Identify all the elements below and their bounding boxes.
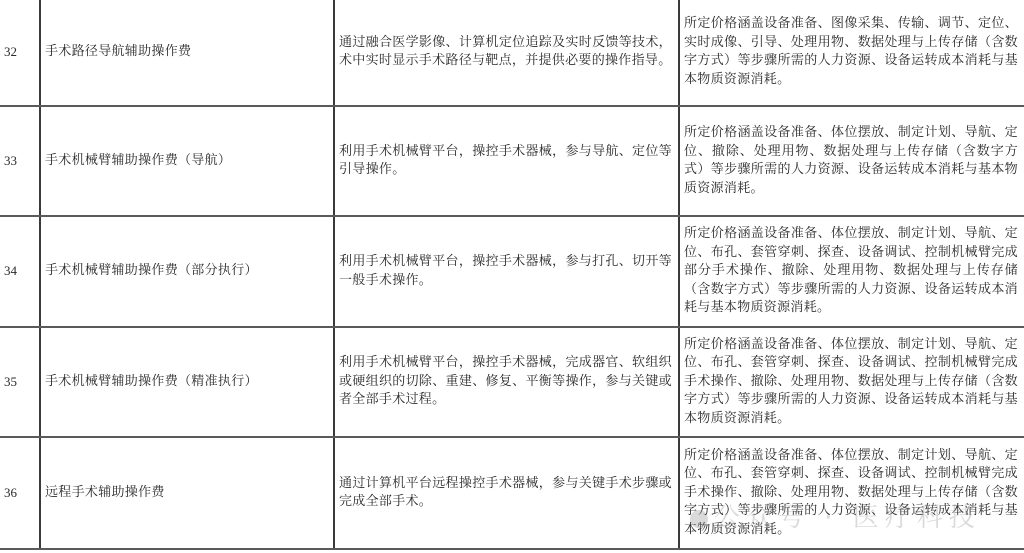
- item-name: 手术机械臂辅助操作费（导航）: [40, 106, 334, 216]
- table-row: 36 远程手术辅助操作费 通过计算机平台远程操控手术器械，参与关键手术步骤或完成…: [0, 437, 1024, 549]
- item-description: 通过融合医学影像、计算机定位追踪及实时反馈等技术，术中实时显示手术路径与靶点，并…: [334, 0, 679, 106]
- item-description: 利用手术机械臂平台，操控手术器械，参与打孔、切开等一般手术操作。: [334, 216, 679, 327]
- item-price-scope: 所定价格涵盖设备准备、体位摆放、制定计划、导航、定位、布孔、套管穿刺、探查、设备…: [679, 327, 1024, 437]
- item-name: 远程手术辅助操作费: [40, 437, 334, 549]
- item-price-scope: 所定价格涵盖设备准备、体位摆放、制定计划、导航、定位、撤除、处理用物、数据处理与…: [679, 106, 1024, 216]
- item-price-scope-text: 所定价格涵盖设备准备、体位摆放、制定计划、导航、定位、布孔、套管穿刺、探查、设备…: [684, 225, 1018, 318]
- item-name-text: 远程手术辅助操作费: [45, 484, 333, 503]
- item-price-scope: 所定价格涵盖设备准备、图像采集、传输、调节、定位、实时成像、引导、处理用物、数据…: [679, 0, 1024, 106]
- item-number: 36: [0, 437, 40, 549]
- item-name-text: 手术机械臂辅助操作费（精准执行）: [45, 373, 333, 392]
- item-price-scope: 所定价格涵盖设备准备、体位摆放、制定计划、导航、定位、布孔、套管穿刺、探查、设备…: [679, 437, 1024, 549]
- item-price-scope-text: 所定价格涵盖设备准备、体位摆放、制定计划、导航、定位、布孔、套管穿刺、探查、设备…: [684, 336, 1018, 429]
- item-number: 35: [0, 327, 40, 437]
- table-row: 35 手术机械臂辅助操作费（精准执行） 利用手术机械臂平台，操控手术器械，完成器…: [0, 327, 1024, 437]
- item-number: 33: [0, 106, 40, 216]
- item-name: 手术机械臂辅助操作费（精准执行）: [40, 327, 334, 437]
- item-description-text: 通过融合医学影像、计算机定位追踪及实时反馈等技术，术中实时显示手术路径与靶点，并…: [339, 34, 672, 71]
- item-description: 通过计算机平台远程操控手术器械，参与关键手术步骤或完成全部手术。: [334, 437, 679, 549]
- item-description: 利用手术机械臂平台，操控手术器械，完成器官、软组织或硬组织的切除、重建、修复、平…: [334, 327, 679, 437]
- item-name: 手术路径导航辅助操作费: [40, 0, 334, 106]
- table-row: 33 手术机械臂辅助操作费（导航） 利用手术机械臂平台，操控手术器械，参与导航、…: [0, 106, 1024, 216]
- item-number: 34: [0, 216, 40, 327]
- item-description-text: 利用手术机械臂平台，操控手术器械，完成器官、软组织或硬组织的切除、重建、修复、平…: [339, 354, 672, 410]
- item-name-text: 手术机械臂辅助操作费（部分执行）: [45, 262, 333, 281]
- table-row: 34 手术机械臂辅助操作费（部分执行） 利用手术机械臂平台，操控手术器械，参与打…: [0, 216, 1024, 327]
- item-price-scope: 所定价格涵盖设备准备、体位摆放、制定计划、导航、定位、布孔、套管穿刺、探查、设备…: [679, 216, 1024, 327]
- item-name-text: 手术路径导航辅助操作费: [45, 43, 333, 62]
- item-description: 利用手术机械臂平台，操控手术器械，参与导航、定位等引导操作。: [334, 106, 679, 216]
- item-name: 手术机械臂辅助操作费（部分执行）: [40, 216, 334, 327]
- item-price-scope-text: 所定价格涵盖设备准备、体位摆放、制定计划、导航、定位、布孔、套管穿刺、探查、设备…: [684, 447, 1018, 540]
- item-description-text: 通过计算机平台远程操控手术器械，参与关键手术步骤或完成全部手术。: [339, 475, 672, 512]
- table-row: 32 手术路径导航辅助操作费 通过融合医学影像、计算机定位追踪及实时反馈等技术，…: [0, 0, 1024, 106]
- document-page: 32 手术路径导航辅助操作费 通过融合医学影像、计算机定位追踪及实时反馈等技术，…: [0, 0, 1024, 550]
- item-number: 32: [0, 0, 40, 106]
- item-description-text: 利用手术机械臂平台，操控手术器械，参与导航、定位等引导操作。: [339, 143, 672, 180]
- item-description-text: 利用手术机械臂平台，操控手术器械，参与打孔、切开等一般手术操作。: [339, 253, 672, 290]
- item-price-scope-text: 所定价格涵盖设备准备、图像采集、传输、调节、定位、实时成像、引导、处理用物、数据…: [684, 15, 1018, 89]
- item-price-scope-text: 所定价格涵盖设备准备、体位摆放、制定计划、导航、定位、撤除、处理用物、数据处理与…: [684, 124, 1018, 198]
- item-name-text: 手术机械臂辅助操作费（导航）: [45, 152, 333, 171]
- fee-items-table: 32 手术路径导航辅助操作费 通过融合医学影像、计算机定位追踪及实时反馈等技术，…: [0, 0, 1024, 550]
